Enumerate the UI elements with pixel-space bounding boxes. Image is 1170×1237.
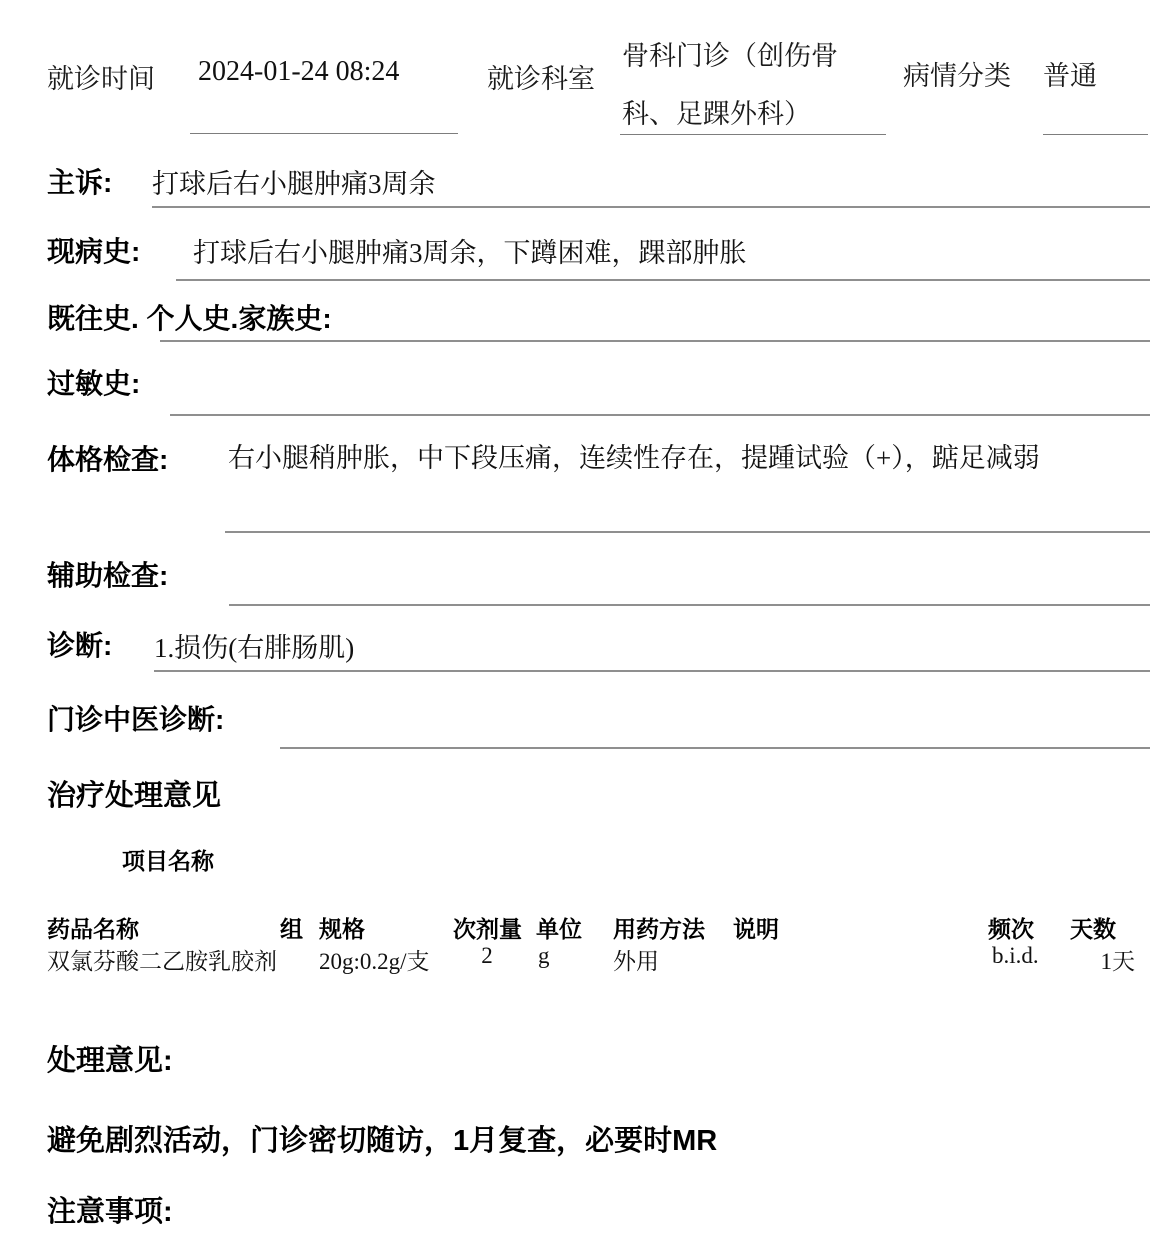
visit-time-label: 就诊时间 (47, 57, 155, 96)
medical-record-document: 就诊时间 2024-01-24 08:24 就诊科室 骨科门诊（创伤骨科、足踝外… (0, 0, 1170, 1237)
auxiliary-exam-underline (229, 604, 1150, 606)
cell-days: 1天 (1070, 943, 1135, 976)
col-note: 说明 (733, 911, 779, 944)
chief-complaint-label: 主诉: (47, 161, 112, 201)
advice-text: 避免剧烈活动，门诊密切随访，1月复查，必要时MR (47, 1118, 717, 1159)
condition-class-label: 病情分类 (903, 54, 1011, 93)
condition-class-underline (1043, 134, 1148, 135)
col-days: 天数 (1070, 911, 1116, 944)
tcm-diagnosis-label: 门诊中医诊断: (47, 698, 224, 738)
past-personal-family-label: 既往史. 个人史.家族史: (47, 297, 332, 337)
precautions-label: 注意事项: (47, 1189, 173, 1230)
col-group: 组 (280, 911, 303, 944)
present-illness-label: 现病史: (47, 230, 140, 270)
physical-exam-value: 右小腿稍肿胀，中下段压痛，连续性存在，提踵试验（+），踮足减弱 (228, 431, 1043, 486)
advice-label: 处理意见: (47, 1038, 173, 1079)
cell-frequency: b.i.d. (992, 943, 1039, 969)
diagnosis-value: 1.损伤(右腓肠肌) (154, 626, 354, 665)
tcm-diagnosis-underline (280, 747, 1150, 749)
col-dose: 次剂量 (453, 911, 522, 944)
diagnosis-label: 诊断: (47, 624, 112, 664)
treatment-section-title: 治疗处理意见 (47, 773, 221, 814)
diagnosis-underline (154, 670, 1150, 672)
col-unit: 单位 (536, 911, 582, 944)
item-name-header: 项目名称 (122, 843, 214, 876)
present-illness-underline (176, 279, 1150, 281)
col-frequency: 频次 (988, 911, 1034, 944)
cell-method: 外用 (613, 943, 659, 976)
present-illness-value: 打球后右小腿肿痛3周余，下蹲困难，踝部肿胀 (193, 231, 747, 270)
auxiliary-exam-label: 辅助检查: (47, 554, 168, 594)
visit-time-underline (190, 133, 458, 134)
allergy-label: 过敏史: (47, 362, 140, 402)
col-spec: 规格 (319, 911, 365, 944)
department-underline (620, 134, 886, 135)
chief-complaint-value: 打球后右小腿肿痛3周余 (152, 162, 436, 201)
physical-exam-label: 体格检查: (47, 438, 168, 478)
allergy-underline (170, 414, 1150, 416)
cell-drug-name: 双氯芬酸二乙胺乳胶剂 (47, 943, 277, 976)
department-value: 骨科门诊（创伤骨科、足踝外科） (622, 27, 857, 143)
col-method: 用药方法 (613, 911, 705, 944)
visit-time-value: 2024-01-24 08:24 (198, 56, 399, 88)
past-personal-family-underline (160, 340, 1150, 342)
chief-complaint-underline (152, 206, 1150, 208)
department-label: 就诊科室 (487, 57, 595, 96)
col-drug-name: 药品名称 (47, 911, 139, 944)
cell-unit: g (538, 943, 550, 969)
physical-exam-underline (225, 531, 1150, 533)
cell-dose: 2 (453, 943, 521, 969)
condition-class-value: 普通 (1043, 54, 1097, 93)
cell-spec: 20g:0.2g/支 (319, 943, 430, 976)
